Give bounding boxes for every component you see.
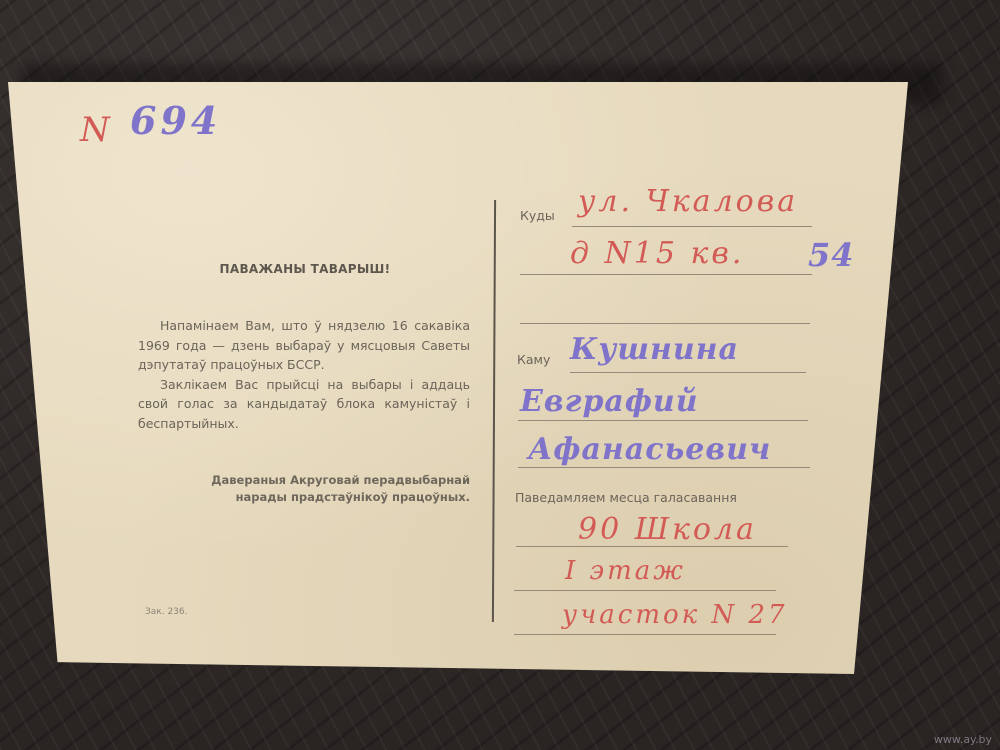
notice-heading: ПАВАЖАНЫ ТАВАРЫШ! xyxy=(195,262,415,276)
address-house: д N15 кв. xyxy=(570,236,744,271)
recipient-first-name: Евграфий xyxy=(520,384,699,419)
watermark: www.ay.by xyxy=(934,733,992,746)
address-rule-2 xyxy=(520,274,812,275)
serial-number: 694 xyxy=(130,98,221,143)
notice-body: Напамінаем Вам, што ў нядзелю 16 сакавік… xyxy=(138,316,470,433)
voting-place-floor: I этаж xyxy=(565,556,686,586)
address-rule-1 xyxy=(572,226,812,227)
voting-rule-2 xyxy=(514,590,776,591)
voting-place-precinct: участок N 27 xyxy=(562,600,788,630)
recipient-rule-3 xyxy=(518,467,810,468)
recipient-rule-2 xyxy=(518,420,808,421)
address-street: ул. Чкалова xyxy=(578,184,798,219)
recipient-patronymic: Афанасьевич xyxy=(528,432,771,467)
address-apartment: 54 xyxy=(808,236,855,274)
signature-line-2: нарады прадстаўнікоў працоўных. xyxy=(170,489,470,506)
address-rule-3 xyxy=(520,323,810,324)
recipient-surname: Кушнина xyxy=(570,332,739,367)
serial-prefix: N xyxy=(80,110,113,150)
recipient-label: Каму xyxy=(517,352,550,367)
to-address-label: Куды xyxy=(520,208,555,223)
notice-signature: Давераныя Акруговай перадвыбарнай нарады… xyxy=(170,472,470,506)
signature-line-1: Давераныя Акруговай перадвыбарнай xyxy=(170,472,470,489)
recipient-rule-1 xyxy=(570,372,806,373)
print-order-number: Зак. 236. xyxy=(145,607,187,617)
voting-place-label: Паведамляем месца галасавання xyxy=(515,490,737,505)
voting-rule-3 xyxy=(514,634,776,635)
notice-paragraph-2: Заклікаем Вас прыйсці на выбары і аддаць… xyxy=(138,375,470,434)
voting-place-building: 90 Школа xyxy=(578,512,757,547)
notice-paragraph-1: Напамінаем Вам, што ў нядзелю 16 сакавік… xyxy=(138,316,470,375)
